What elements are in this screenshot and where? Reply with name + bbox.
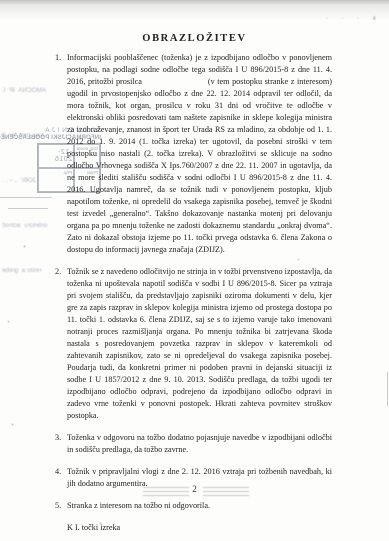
paragraph-text: Toženka v odgovoru na tožbo dodatno poja… xyxy=(67,432,332,456)
closing-line: K I. točki izreka xyxy=(67,522,332,534)
corner-smudge: · · · 4 xyxy=(326,16,382,22)
scan-edge-artifact xyxy=(387,372,388,406)
page-number: 2 xyxy=(0,484,389,494)
paragraph-1-end: (v tem postopku stranke z interesom) ugo… xyxy=(67,77,332,254)
paragraph-text: Stranka z interesom na tožbo ni odgovori… xyxy=(67,500,332,512)
paragraph-text: Tožnik se z navedeno odločitvijo ne stri… xyxy=(67,266,332,422)
footer-bleed-smudge-right xyxy=(203,487,249,498)
paragraph-2: 2. Tožnik se z navedeno odločitvijo ne s… xyxy=(55,266,332,422)
paragraph-number: 2. xyxy=(55,266,67,422)
paragraph-5: 5. Stranka z interesom na tožbo ni odgov… xyxy=(55,500,332,512)
paragraph-1: 1. Informacijski pooblaščenec (toženka) … xyxy=(55,52,332,256)
paragraph-number: 1. xyxy=(55,52,67,256)
document-title: OBRAZLOŽITEV xyxy=(0,33,389,44)
paragraph-text: Informacijski pooblaščenec (toženka) je … xyxy=(67,52,332,256)
bleed-dash-line xyxy=(8,208,48,209)
anonymized-name-gap xyxy=(142,78,208,84)
scan-noise-specks xyxy=(0,0,1,1)
bleed-fragment: AMOCNA IP I. xyxy=(2,83,62,98)
paragraph-number: 3. xyxy=(55,432,67,456)
bleed-fragment: resto a grebe xyxy=(2,263,62,278)
paragraph-3: 3. Toženka v odgovoru na tožbo dodatno p… xyxy=(55,432,332,456)
scanned-document-page: · · · 4 OBRAZLOŽITEV AMOCNA IP I. kav pr… xyxy=(0,0,389,541)
bleed-dash-line xyxy=(0,197,52,198)
bleed-fragment: onletoru actnoč xyxy=(2,218,62,233)
document-body: 1. Informacijski pooblaščenec (toženka) … xyxy=(55,52,332,534)
paragraph-number: 5. xyxy=(55,500,67,512)
